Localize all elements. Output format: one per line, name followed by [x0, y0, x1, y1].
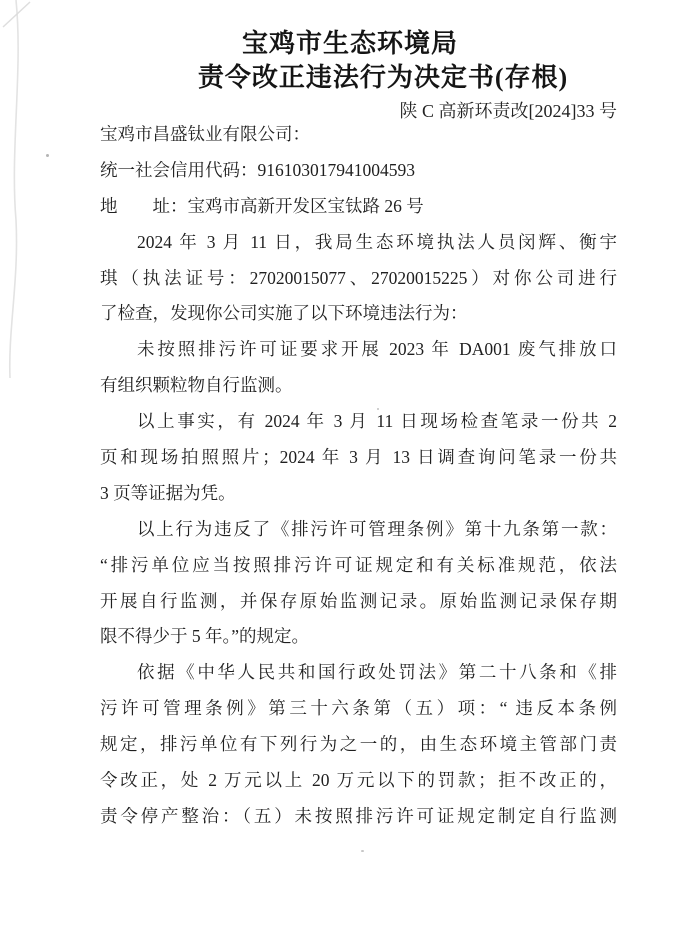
scan-speck: [361, 850, 364, 852]
document-line: 未按照排污许可证要求开展 2023 年 DA001 废气排放口: [100, 332, 617, 368]
document-title: 宝鸡市生态环境局: [0, 27, 700, 61]
document-line: 限不得少于 5 年。”的规定。: [100, 619, 617, 655]
document-body: 宝鸡市昌盛钛业有限公司：统一社会信用代码：916103017941004593地…: [100, 117, 617, 835]
document-line: 污许可管理条例》第三十六条第（五）项：“ 违反本条例: [100, 691, 617, 727]
document-line: 规定，排污单位有下列行为之一的，由生态环境主管部门责: [100, 727, 617, 763]
document-line: 责令停产整治：（五）未按照排污许可证规定制定自行监测: [100, 799, 617, 835]
document-line: 令改正，处 2 万元以上 20 万元以下的罚款；拒不改正的，: [100, 763, 617, 799]
document-line: 宝鸡市昌盛钛业有限公司：: [100, 117, 617, 153]
document-line: 地 址：宝鸡市高新开发区宝钛路 26 号: [100, 189, 617, 225]
document-line: 2024 年 3 月 11 日，我局生态环境执法人员闵辉、衡宇: [100, 225, 617, 261]
document-line: 开展自行监测，并保存原始监测记录。原始监测记录保存期: [100, 584, 617, 620]
document-line: 统一社会信用代码：916103017941004593: [100, 153, 617, 189]
document-subtitle: 责令改正违法行为决定书(存根): [33, 60, 700, 96]
document-line: “排污单位应当按照排污许可证规定和有关标准规范，依法: [100, 548, 617, 584]
document-page: 宝鸡市生态环境局 责令改正违法行为决定书(存根) 陕 C 高新环责改[2024]…: [0, 0, 700, 937]
document-line: 以上行为违反了《排污许可管理条例》第十九条第一款：: [100, 512, 617, 548]
document-line: 以上事实，有 2024 年 3 月 11 日现场检查笔录一份共 2: [100, 404, 617, 440]
document-line: 琪（执法证号：27020015077、27020015225）对你公司进行: [100, 261, 617, 297]
scan-speck: [46, 154, 49, 157]
document-line: 3 页等证据为凭。: [100, 476, 617, 512]
document-line: 依据《中华人民共和国行政处罚法》第二十八条和《排: [100, 655, 617, 691]
document-line: 了检查，发现你公司实施了以下环境违法行为：: [100, 296, 617, 332]
document-line: 有组织颗粒物自行监测。: [100, 368, 617, 404]
document-line: 页和现场拍照照片；2024 年 3 月 13 日调查询问笔录一份共: [100, 440, 617, 476]
